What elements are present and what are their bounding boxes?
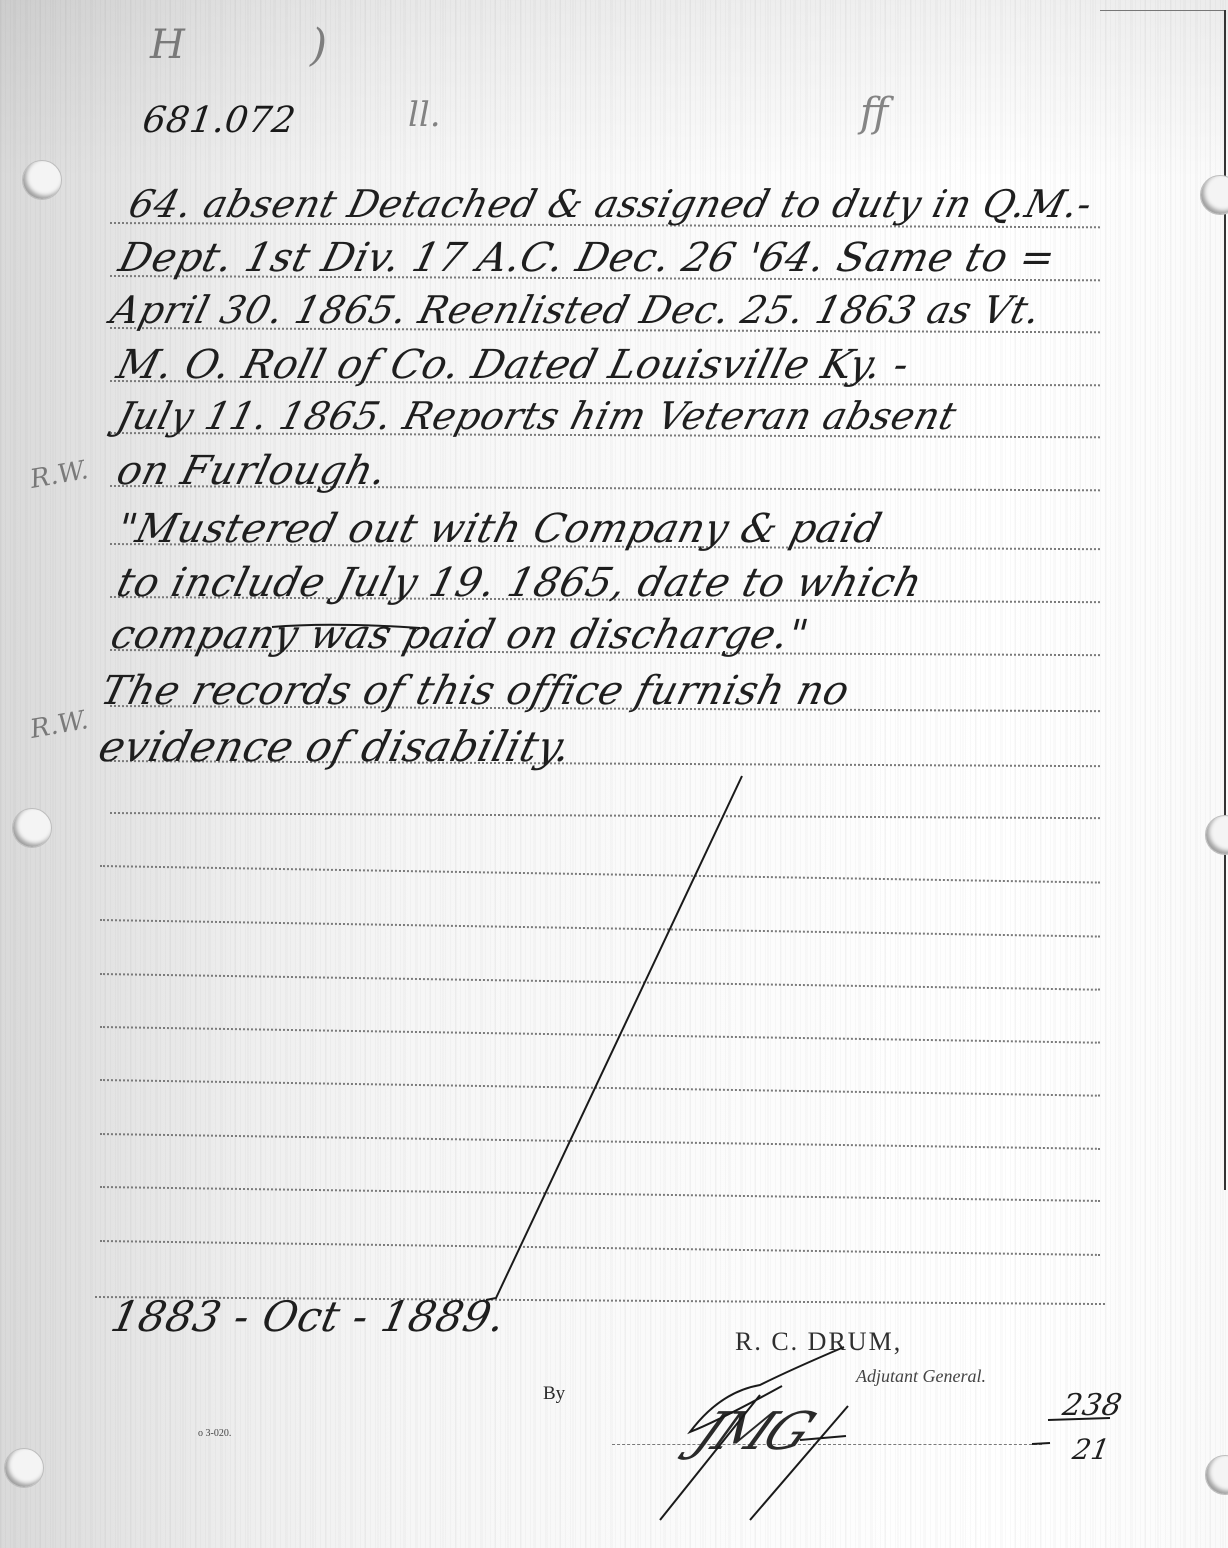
punch-hole-middle-left (12, 808, 52, 848)
body-line-9: company was paid on discharge." (106, 612, 813, 658)
file-number: 681.072 (140, 100, 298, 141)
body-line-4: M. O. Roll of Co. Dated Louisville Ky. - (112, 342, 914, 388)
fraction-numerator: 238 (1060, 1388, 1125, 1423)
body-line-2: Dept. 1st Div. 17 A.C. Dec. 26 '64. Same… (114, 235, 1060, 281)
top-mark: H (150, 22, 185, 68)
top-mark: ll. (408, 95, 441, 135)
adjutant-title: Adjutant General. (856, 1366, 986, 1387)
page-top-edge (1100, 10, 1226, 11)
form-number: o 3-020. (198, 1428, 231, 1439)
body-line-11: evidence of disability. (94, 722, 577, 771)
date-range: 1883 - Oct - 1889. (107, 1292, 510, 1341)
punch-hole-bottom-left (4, 1448, 44, 1488)
signature-line (612, 1444, 1042, 1445)
body-line-7: "Mustered out with Company & paid (112, 506, 886, 552)
body-line-1: 64. absent Detached & assigned to duty i… (125, 182, 1097, 226)
top-mark: ff (860, 90, 888, 136)
punch-hole-top-left (22, 160, 62, 200)
by-label: By (543, 1383, 565, 1405)
body-line-8: to include July 19. 1865, date to which (112, 560, 927, 606)
top-mark: ) (310, 20, 327, 71)
body-line-5: July 11. 1865. Reports him Veteran absen… (113, 394, 962, 438)
adjutant-name: R. C. DRUM, (735, 1327, 902, 1357)
fraction-denominator: 21 (1070, 1433, 1112, 1466)
body-line-3: April 30. 1865. Reenlisted Dec. 25. 1863… (107, 288, 1046, 332)
body-line-6: on Furlough. (112, 448, 391, 494)
body-line-10: The records of this office furnish no (96, 668, 854, 714)
